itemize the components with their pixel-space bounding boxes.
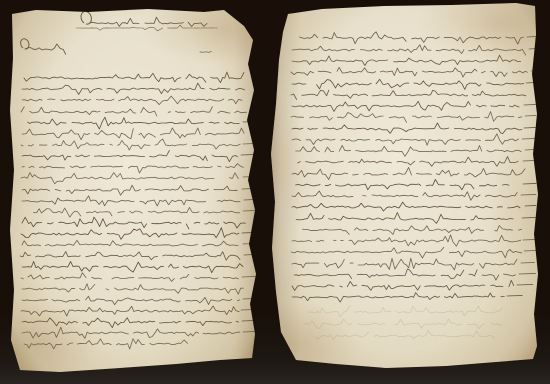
salutation-transcription: Monseigneur — [8, 8, 9, 9]
left-page-handwriting — [8, 8, 262, 374]
manuscript-right-page — [264, 2, 542, 374]
right-page-handwriting — [264, 2, 542, 374]
manuscript-left-page: Bouzigues ce 26 Novembre 1682 Monseigneu… — [8, 8, 262, 374]
dateline-transcription: Bouzigues ce 26 Novembre 1682 — [8, 8, 9, 9]
manuscript-photo-background: Bouzigues ce 26 Novembre 1682 Monseigneu… — [0, 0, 550, 384]
